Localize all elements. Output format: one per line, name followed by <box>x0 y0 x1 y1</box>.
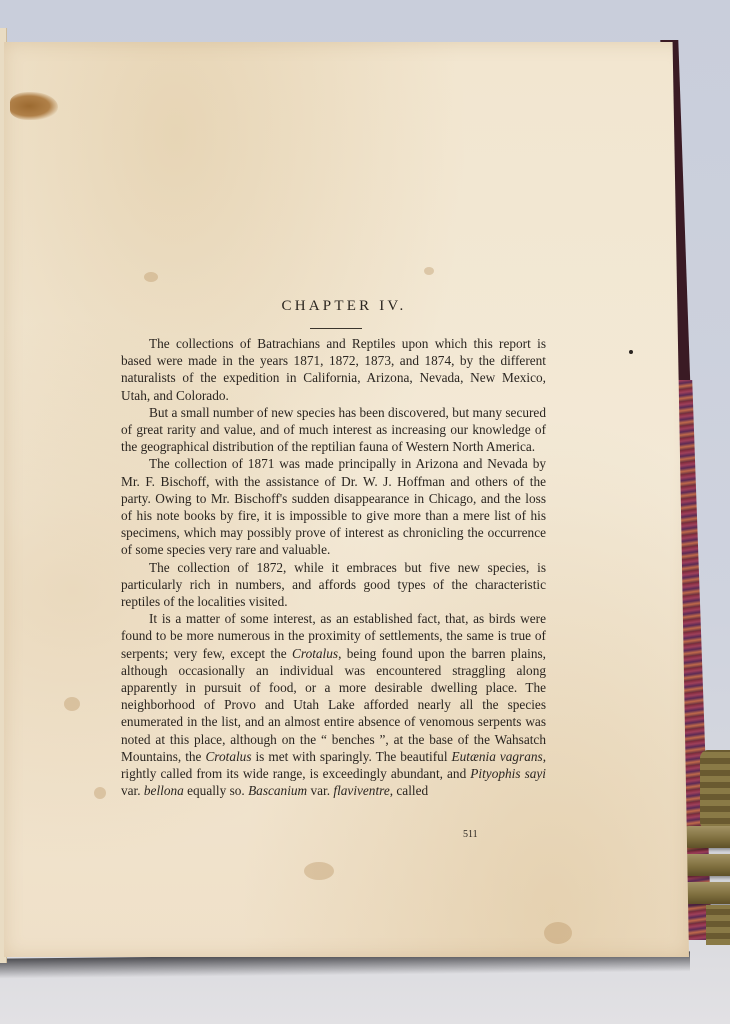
text-run: The collections of Batrachians and Repti… <box>121 336 546 403</box>
text-run: equally so. <box>184 783 248 798</box>
bookstand-upper <box>700 750 730 830</box>
title-rule <box>310 328 362 329</box>
text-run: , called <box>390 783 428 798</box>
paragraph: The collection of 1872, while it embrace… <box>121 559 546 611</box>
chapter-title: CHAPTER IV. <box>4 298 684 315</box>
body-text: The collections of Batrachians and Repti… <box>121 335 546 799</box>
text-run: But a small number of new species has be… <box>121 405 546 454</box>
text-run: The collection of 1871 was made principa… <box>121 456 546 557</box>
italic-term: bellona <box>144 783 184 798</box>
text-run: var. <box>121 783 144 798</box>
paragraph: It is a matter of some interest, as an e… <box>121 610 546 799</box>
book-page: CHAPTER IV. The collections of Batrachia… <box>4 42 689 957</box>
text-run: The collection of 1872, while it embrace… <box>121 560 546 609</box>
page-number: 511 <box>463 829 478 840</box>
paragraph: The collections of Batrachians and Repti… <box>121 335 546 404</box>
foxing-spot <box>424 267 434 275</box>
italic-term: Pityophis sayi <box>470 766 546 781</box>
foxing-spot <box>304 862 334 880</box>
foxing-spot <box>144 272 158 282</box>
text-run: , being found upon the barren plains, al… <box>121 646 546 764</box>
italic-term: Bascanium <box>248 783 307 798</box>
bookstand-lower <box>706 905 730 945</box>
text-run: var. <box>307 783 333 798</box>
italic-term: Crotalus <box>205 749 251 764</box>
paragraph: But a small number of new species has be… <box>121 404 546 456</box>
foxing-spot <box>64 697 80 711</box>
italic-term: flaviventre <box>333 783 389 798</box>
italic-term: Crotalus <box>292 646 338 661</box>
water-stain <box>10 92 58 120</box>
foxing-spot <box>94 787 106 799</box>
text-run: is met with sparingly. The beautiful <box>252 749 452 764</box>
ink-speck <box>629 350 633 354</box>
foxing-spot <box>544 922 572 944</box>
italic-term: Eutænia vagrans <box>452 749 543 764</box>
paragraph: The collection of 1871 was made principa… <box>121 455 546 558</box>
